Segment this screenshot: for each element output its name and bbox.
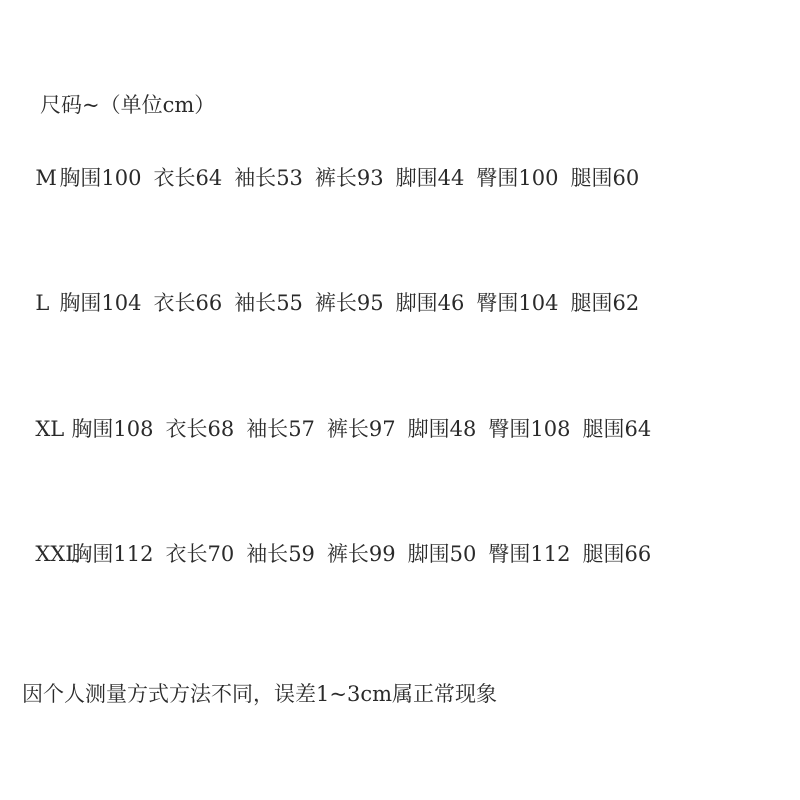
- size-row-xxl: XXL胸围112衣长70袖长59裤长99脚围50臀围112腿围66: [22, 512, 651, 568]
- measurement-label: 腿围: [582, 542, 624, 566]
- measurement-label: 衣长: [153, 166, 195, 190]
- measurement-value: 108: [530, 417, 570, 441]
- measurement-value: 66: [624, 542, 651, 566]
- measurement-value: 59: [288, 542, 315, 566]
- measurement-value: 93: [357, 166, 384, 190]
- size-row-l: L胸围104衣长66袖长55裤长95脚围46臀围104腿围62: [22, 261, 639, 317]
- measurement-value: 48: [450, 417, 477, 441]
- measurement-value: 104: [518, 291, 558, 315]
- measurement-label: 胸围: [71, 417, 113, 441]
- measurement-value: 108: [113, 417, 153, 441]
- measurement-label: 腿围: [570, 291, 612, 315]
- measurement-value: 97: [369, 417, 396, 441]
- measurement-label: 袖长: [246, 417, 288, 441]
- measurement-label: 衣长: [153, 291, 195, 315]
- measurement-label: 胸围: [59, 166, 101, 190]
- measurement-value: 62: [612, 291, 639, 315]
- measurement-value: 46: [438, 291, 465, 315]
- measurement-value: 100: [518, 166, 558, 190]
- measurement-label: 脚围: [396, 166, 438, 190]
- measurement-label: 腿围: [570, 166, 612, 190]
- measurement-value: 64: [624, 417, 651, 441]
- size-row-xl: XL胸围108衣长68袖长57裤长97脚围48臀围108腿围64: [22, 387, 651, 443]
- measurement-value: 104: [101, 291, 141, 315]
- measurement-label: 裤长: [327, 542, 369, 566]
- measurement-label: 裤长: [315, 166, 357, 190]
- measurement-label: 臀围: [476, 291, 518, 315]
- measurement-label: 衣长: [165, 417, 207, 441]
- measurement-value: 64: [195, 166, 222, 190]
- size-label: L: [35, 289, 59, 317]
- measurement-value: 50: [450, 542, 477, 566]
- measurement-value: 66: [195, 291, 222, 315]
- measurement-label: 袖长: [234, 166, 276, 190]
- measurement-value: 55: [276, 291, 303, 315]
- measurement-value: 112: [113, 542, 153, 566]
- measurement-label: 腿围: [582, 417, 624, 441]
- measurement-label: 裤长: [315, 291, 357, 315]
- measurement-value: 100: [101, 166, 141, 190]
- measurement-value: 68: [207, 417, 234, 441]
- measurement-value: 57: [288, 417, 315, 441]
- measurement-label: 臀围: [476, 166, 518, 190]
- measurement-label: 胸围: [71, 542, 113, 566]
- measurement-value: 53: [276, 166, 303, 190]
- size-chart-title: 尺码~（单位cm）: [40, 91, 215, 119]
- measurement-value: 44: [438, 166, 465, 190]
- measurement-disclaimer: 因个人测量方式方法不同，误差1~3cm属正常现象: [22, 680, 497, 708]
- measurement-label: 臀围: [488, 542, 530, 566]
- measurement-value: 99: [369, 542, 396, 566]
- measurement-label: 袖长: [246, 542, 288, 566]
- measurement-label: 胸围: [59, 291, 101, 315]
- measurement-value: 70: [207, 542, 234, 566]
- measurement-label: 袖长: [234, 291, 276, 315]
- size-label: XL: [35, 415, 71, 443]
- measurement-value: 95: [357, 291, 384, 315]
- measurement-label: 脚围: [396, 291, 438, 315]
- measurement-label: 脚围: [408, 417, 450, 441]
- measurement-value: 60: [612, 166, 639, 190]
- size-row-m: M胸围100衣长64袖长53裤长93脚围44臀围100腿围60: [22, 136, 639, 192]
- size-label: XXL: [35, 540, 71, 568]
- measurement-label: 衣长: [165, 542, 207, 566]
- measurement-label: 裤长: [327, 417, 369, 441]
- size-label: M: [35, 164, 59, 192]
- measurement-value: 112: [530, 542, 570, 566]
- measurement-label: 臀围: [488, 417, 530, 441]
- measurement-label: 脚围: [408, 542, 450, 566]
